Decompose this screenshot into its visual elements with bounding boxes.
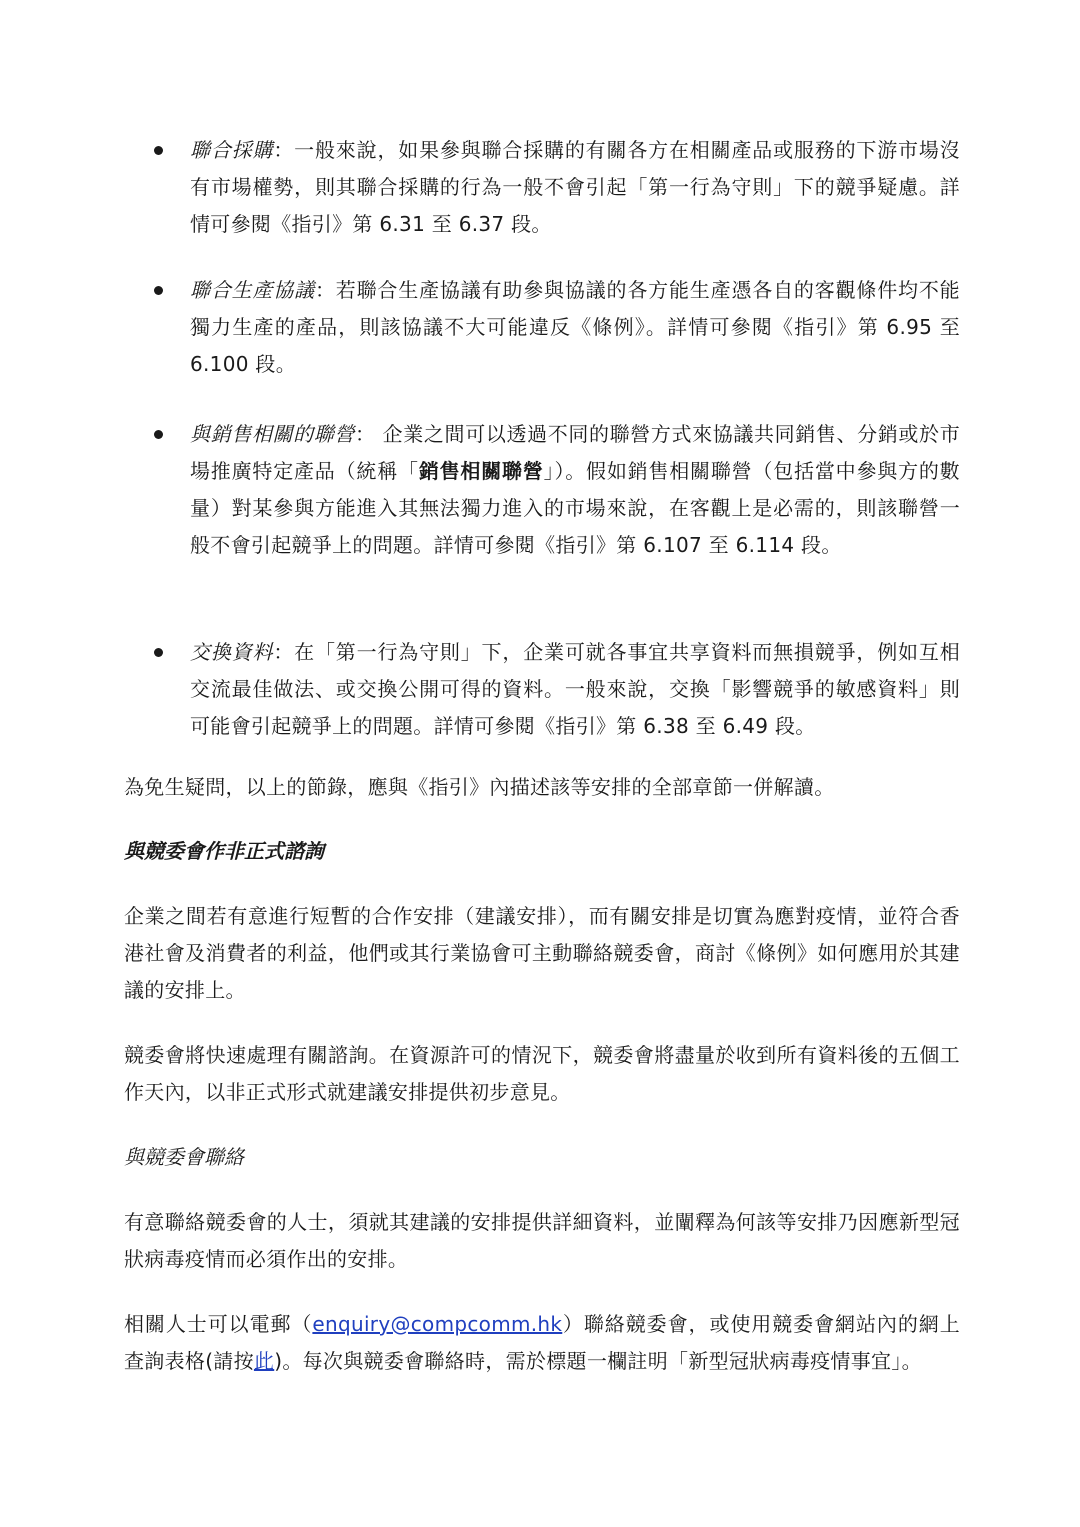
bullet-joint-production: 聯合生產協議：若聯合生產協議有助參與協議的各方能生產憑各自的客觀條件均不能獨力生…: [190, 272, 960, 383]
contact-subheading: 與競委會聯絡: [124, 1139, 244, 1176]
note-paragraph: 為免生疑問，以上的節錄，應與《指引》內描述該等安排的全部章節一併解讀。: [124, 769, 960, 806]
document-page: 聯合採購：一般來說，如果參與聯合採購的有關各方在相關產品或服務的下游市場沒有市場…: [0, 0, 1080, 1527]
bullet-icon: [154, 146, 163, 155]
bullet-icon: [154, 430, 163, 439]
bullet-icon: [154, 648, 163, 657]
bullet-bold-term: 銷售相關聯營: [419, 459, 544, 483]
contact-methods-paragraph: 相關人士可以電郵（enquiry@compcomm.hk）聯絡競委會，或使用競委…: [124, 1306, 960, 1380]
email-link[interactable]: enquiry@compcomm.hk: [312, 1312, 562, 1336]
bullet-separator: ：: [315, 278, 336, 302]
bullet-information-exchange: 交換資料：在「第一行為守則」下，企業可就各事宜共享資料而無損競爭，例如互相交流最…: [190, 634, 960, 745]
consultation-paragraph: 企業之間若有意進行短暫的合作安排（建議安排），而有關安排是切實為應對疫情，並符合…: [124, 898, 960, 1009]
bullet-icon: [154, 286, 163, 295]
bullet-term: 與銷售相關的聯營: [190, 422, 355, 446]
bullet-term: 聯合採購: [190, 138, 273, 162]
bullet-term: 交換資料: [190, 640, 273, 664]
bullet-text: 在「第一行為守則」下，企業可就各事宜共享資料而無損競爭，例如互相交流最佳做法、或…: [190, 640, 960, 738]
bullet-separator: ：: [273, 640, 294, 664]
bullet-text: 一般來說，如果參與聯合採購的有關各方在相關產品或服務的下游市場沒有市場權勢，則其…: [190, 138, 960, 236]
contact-requirements-paragraph: 有意聯絡競委會的人士，須就其建議的安排提供詳細資料，並闡釋為何該等安排乃因應新型…: [124, 1204, 960, 1278]
section-heading: 與競委會作非正式諮詢: [124, 833, 324, 870]
bullet-commercialisation-agreements: 與銷售相關的聯營： 企業之間可以透過不同的聯營方式來協議共同銷售、分銷或於市場推…: [190, 416, 960, 564]
contact-text: 相關人士可以電郵（: [124, 1312, 312, 1336]
bullet-joint-purchasing: 聯合採購：一般來說，如果參與聯合採購的有關各方在相關產品或服務的下游市場沒有市場…: [190, 132, 960, 243]
bullet-separator: ：: [273, 138, 294, 162]
bullet-term: 聯合生產協議: [190, 278, 315, 302]
bullet-separator: ：: [355, 422, 383, 446]
enquiry-form-link[interactable]: 此: [254, 1349, 274, 1373]
processing-paragraph: 競委會將快速處理有關諮詢。在資源許可的情況下，競委會將盡量於收到所有資料後的五個…: [124, 1037, 960, 1111]
contact-text: )。每次與競委會聯絡時，需於標題一欄註明「新型冠狀病毒疫情事宜」。: [274, 1349, 922, 1373]
